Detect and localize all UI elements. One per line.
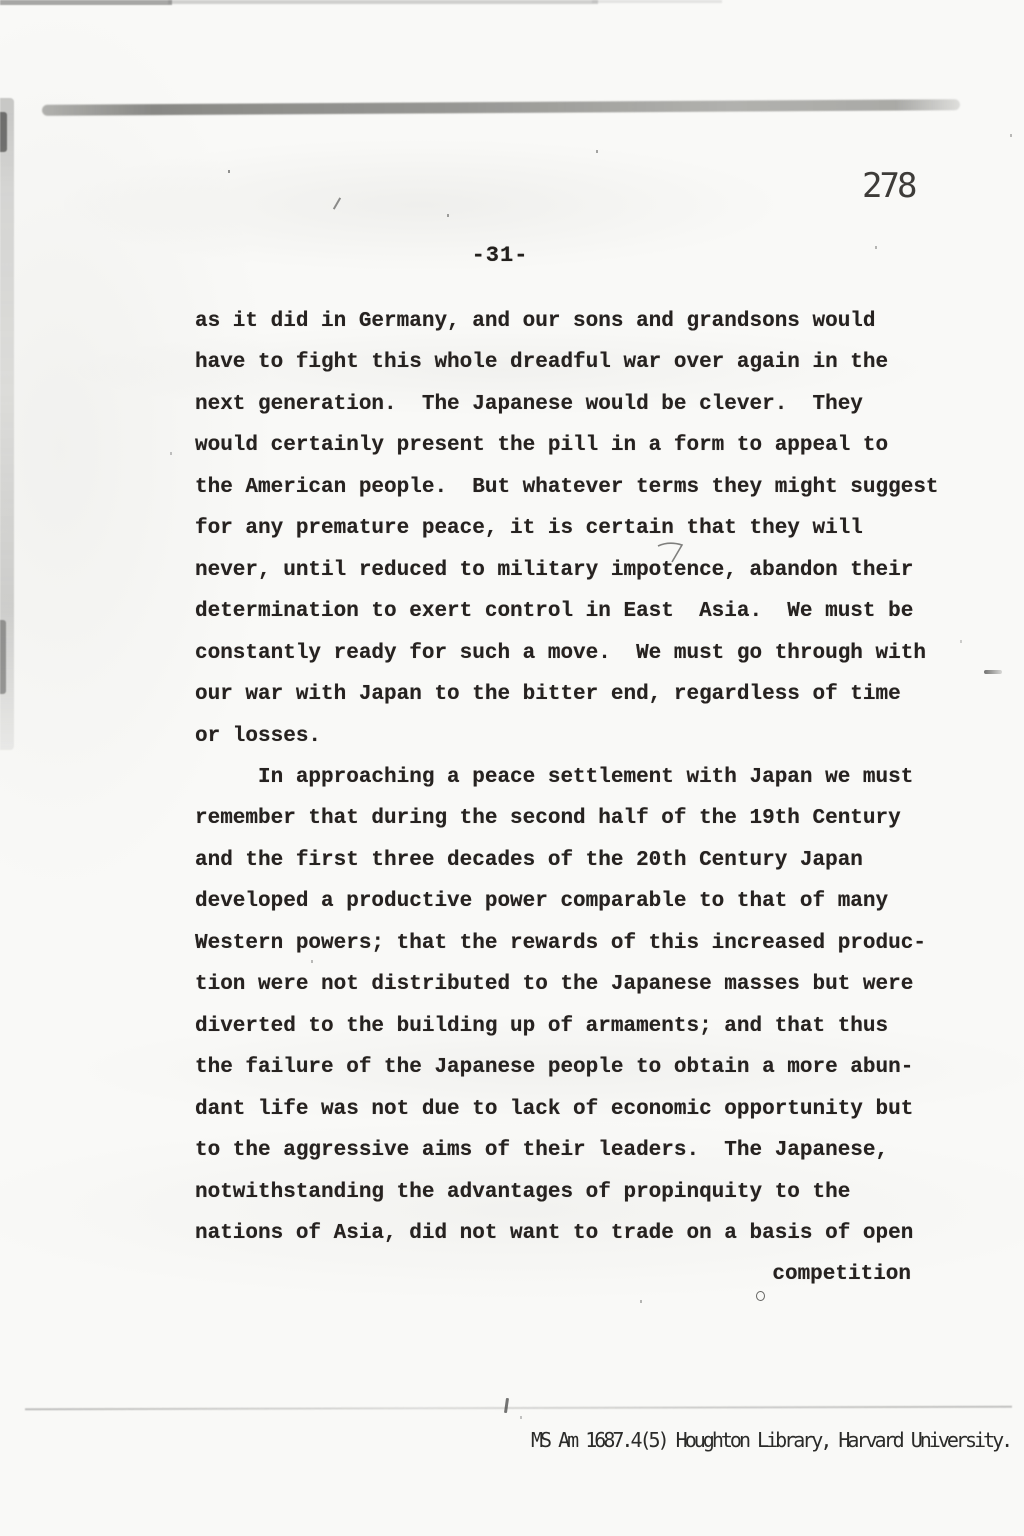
body-line: tion were not distributed to the Japanes… bbox=[195, 964, 947, 1005]
scanned-document-page: 278 -31- as it did in Germany, and our s… bbox=[0, 0, 1024, 1536]
body-line paragraph-start: In approaching a peace settlement with J… bbox=[195, 757, 947, 798]
scan-artifact-top-edge bbox=[592, 0, 722, 3]
page-header: -31- bbox=[440, 243, 560, 269]
scan-artifact-margin-dash bbox=[984, 670, 1002, 674]
body-line: diverted to the building up of armaments… bbox=[195, 1006, 947, 1047]
body-line: would certainly present the pill in a fo… bbox=[195, 425, 947, 466]
body-line: as it did in Germany, and our sons and g… bbox=[195, 301, 947, 342]
scan-artifact-left-edge bbox=[0, 112, 7, 152]
footer-citation: MS Am 1687.4(5) Houghton Library, Harvar… bbox=[531, 1427, 1010, 1453]
body-line: next generation. The Japanese would be c… bbox=[195, 384, 947, 425]
body-line: Western powers; that the rewards of this… bbox=[195, 923, 947, 964]
body-line: our war with Japan to the bitter end, re… bbox=[195, 674, 947, 715]
page-number: 278 bbox=[862, 168, 914, 204]
body-text: as it did in Germany, and our sons and g… bbox=[195, 301, 947, 1296]
body-line: developed a productive power comparable … bbox=[195, 881, 947, 922]
scan-artifact-ring bbox=[756, 1291, 765, 1301]
body-line: determination to exert control in East A… bbox=[195, 591, 947, 632]
body-line: and the first three decades of the 20th … bbox=[195, 840, 947, 881]
body-line: for any premature peace, it is certain t… bbox=[195, 508, 947, 549]
scan-artifact-tick bbox=[504, 1398, 509, 1413]
body-line: or losses. bbox=[195, 716, 947, 757]
body-line-overflow-word: competition bbox=[195, 1254, 947, 1295]
body-line: remember that during the second half of … bbox=[195, 798, 947, 839]
body-line: the failure of the Japanese people to ob… bbox=[195, 1047, 947, 1088]
body-line: nations of Asia, did not want to trade o… bbox=[195, 1213, 947, 1254]
scan-artifact-top-edge bbox=[168, 0, 598, 4]
body-line: have to fight this whole dreadful war ov… bbox=[195, 342, 947, 383]
body-line: never, until reduced to military impoten… bbox=[195, 550, 947, 591]
body-line: to the aggressive aims of their leaders.… bbox=[195, 1130, 947, 1171]
scan-artifact-speck bbox=[333, 197, 341, 209]
scan-artifact-top-edge bbox=[0, 0, 172, 5]
footer-rule bbox=[25, 1406, 1012, 1411]
scan-artifact-left-edge bbox=[0, 620, 6, 694]
scan-artifact-speck bbox=[228, 170, 230, 173]
scan-artifact-smear-band bbox=[42, 99, 960, 116]
body-line: dant life was not due to lack of economi… bbox=[195, 1089, 947, 1130]
body-line: the American people. But whatever terms … bbox=[195, 467, 947, 508]
body-line: notwithstanding the advantages of propin… bbox=[195, 1172, 947, 1213]
body-line: constantly ready for such a move. We mus… bbox=[195, 633, 947, 674]
